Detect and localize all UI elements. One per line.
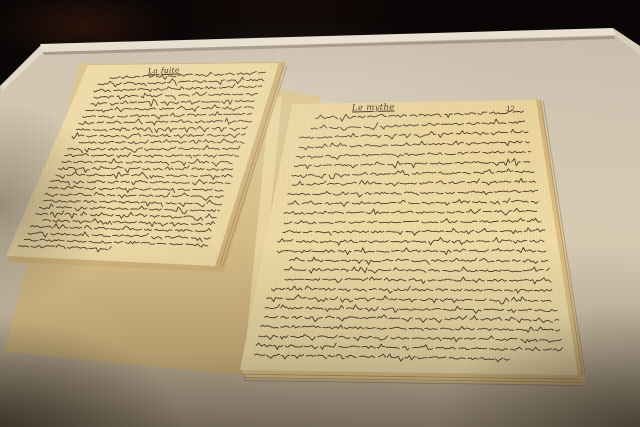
page-title-left: La fuite — [148, 65, 180, 75]
sheet-edges-right-bottom — [242, 374, 582, 385]
handwriting-overlay — [0, 0, 640, 427]
museum-photo-scene: La fuite Le mythe 12 — [0, 0, 640, 427]
page-title-right: Le mythe — [352, 102, 395, 113]
sheet-edges-right-side — [541, 101, 586, 375]
handwriting-right — [255, 111, 563, 362]
handwriting-left — [18, 72, 265, 252]
page-number: 12 — [506, 105, 515, 113]
